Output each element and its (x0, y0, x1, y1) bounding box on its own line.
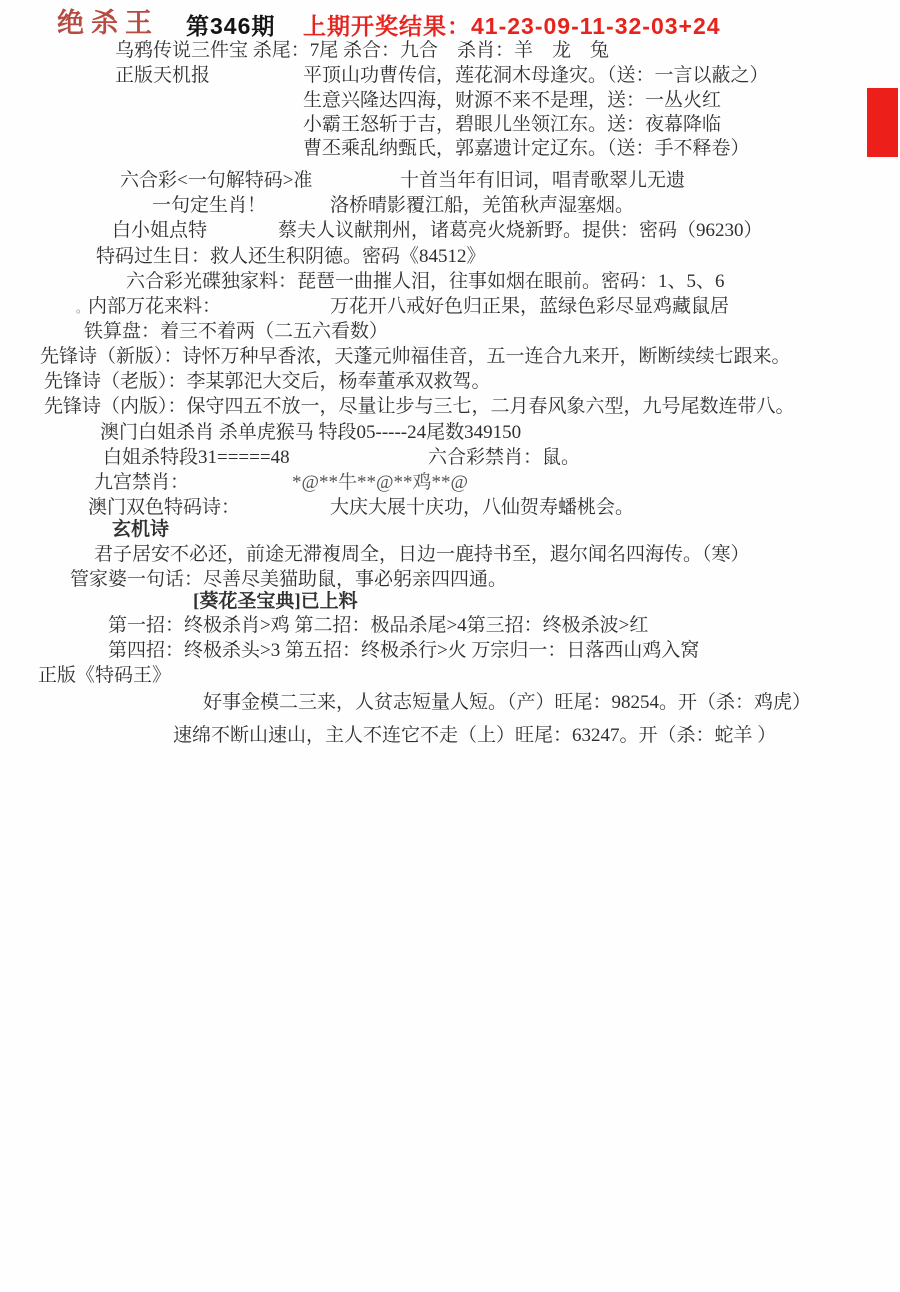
label-tianjibao: 正版天机报 (115, 65, 210, 88)
label-jiugong: 九宫禁肖： (94, 472, 189, 495)
poem-line: 洛桥晴影覆江船，羌笛秋声湿塞烟。 (330, 195, 634, 218)
label-baixiaojie: 白小姐点特 (112, 220, 207, 243)
last-draw-result: 上期开奖结果：41-23-09-11-32-03+24 (303, 8, 721, 41)
line-sanjianbao: 乌鸦传说三件宝 杀尾：7尾 杀合：九合 杀肖：羊 龙 兔 (115, 40, 609, 63)
line-tema-shengri: 特码过生日：救人还生积阴德。密码《84512》 (96, 246, 486, 269)
line-xianfengshi-new: 先锋诗（新版）：诗怀万种早香浓，天蓬元帅福佳音，五一连合九来开，断断续续七跟来。 (40, 346, 791, 369)
line-zhao-1: 第一招：终极杀肖>鸡 第二招：极品杀尾>4第三招：终极杀波>红 (108, 615, 648, 638)
poem-line: 好事金模二三来，人贫志短量人短。（产）旺尾：98254。开（杀：鸡虎） (203, 692, 811, 715)
code-string: *@**牛**@**鸡**@ (292, 472, 468, 495)
lottery-tip-sheet: 绝杀王 第346期 上期开奖结果：41-23-09-11-32-03+24 乌鸦… (0, 0, 900, 1292)
poem-line: 平顶山功曹传信，莲花洞木母逢灾。（送：一言以蔽之） (303, 65, 769, 88)
poem-line: 万花开八戒好色归正果，蓝绿色彩尽显鸡藏鼠居 (330, 296, 729, 319)
red-highlight-bar (867, 88, 898, 157)
poem-line: 君子居安不必还，前途无滞複周全，日边一鹿持书至，遐尔闻名四海传。（寒） (94, 544, 750, 567)
line-guanjiapo: 管家婆一句话：尽善尽美猫助鼠，事必躬亲四四通。 (70, 569, 507, 592)
issue-number: 第346期 (186, 8, 275, 41)
line-xianfengshi-inner: 先锋诗（内版）：保守四五不放一，尽量让步与三七，二月春风象六型，九号尾数连带八。 (44, 396, 795, 419)
section-xuanjishi: 玄机诗 (112, 519, 169, 542)
line-shateduan: 白姐杀特段31=====48 (103, 447, 290, 470)
line-jinxiao: 六合彩禁肖：鼠。 (428, 447, 580, 470)
poem-line: 小霸王怒斩于吉，碧眼儿坐领江东。送：夜幕降临 (303, 114, 721, 137)
poem-line: 蔡夫人议献荆州，诸葛亮火烧新野。提供：密码（96230） (278, 220, 763, 243)
label-shuangse: 澳门双色特码诗： (88, 497, 240, 520)
label-yijuding: 一句定生肖！ (152, 195, 266, 218)
line-kuihua: [葵花圣宝典]已上料 (193, 591, 358, 614)
poem-line: 曹丕乘乱纳甄氏，郭嘉遗计定辽东。（送：手不释卷） (303, 138, 750, 161)
poem-line: 速绵不断山速山，主人不连它不走（上）旺尾：63247。开（杀：蛇羊 ） (173, 725, 776, 748)
line-tiesuanpan: 铁算盘：着三不着两（二五六看数） (84, 321, 388, 344)
line-xianfengshi-old: 先锋诗（老版）：李某郭汜大交后，杨奉董承双救驾。 (44, 371, 491, 394)
line-guangdie: 六合彩光碟独家料：琵琶一曲摧人泪，往事如烟在眼前。密码：1、5、6 (126, 271, 725, 294)
line-zhao-2: 第四招：终极杀头>3 第五招：终极杀行>火 万宗归一：日落西山鸡入窝 (108, 640, 699, 663)
label-wanhua: 内部万花来料： (88, 296, 221, 319)
poem-line: 大庆大展十庆功，八仙贺寿蟠桃会。 (330, 497, 634, 520)
brand-title: 绝杀王 (57, 1, 159, 40)
poem-line: 生意兴隆达四海，财源不来不是理，送：一丛火红 (303, 90, 721, 113)
poem-line: 十首当年有旧词，唱青歌翠儿无遗 (400, 170, 685, 193)
line-aomen-shaxiao: 澳门白姐杀肖 杀单虎猴马 特段05-----24尾数349150 (100, 422, 521, 445)
stray-dot: 。 (76, 301, 88, 315)
line-temawang: 正版《特码王》 (38, 665, 171, 688)
label-yijujietema: 六合彩<一句解特码>准 (120, 170, 312, 193)
